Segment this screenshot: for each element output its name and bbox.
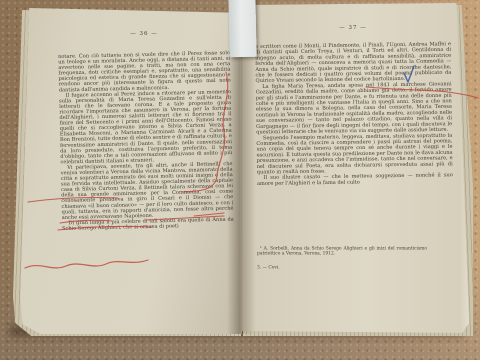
left-page: — 36 — notare. Con ciò tuttavia non si v… bbox=[18, 8, 242, 334]
paragraph: Vi partecipava, sovente, tra gli altri, … bbox=[61, 161, 234, 220]
printer-signature: 3. — Covi. bbox=[257, 265, 377, 275]
left-page-text: notare. Con ciò tuttavia non si vuole di… bbox=[58, 50, 235, 294]
paragraph: La figlia Maria Teresa, andata sposa nel… bbox=[256, 81, 453, 135]
right-page-number: — 37 — bbox=[255, 24, 451, 37]
bookmark-strip bbox=[228, 0, 256, 57]
paragraph: notare. Con ciò tuttavia non si vuole di… bbox=[58, 50, 231, 93]
footnote: ¹ A. Sorbelli, Anna da Schio Serego Alig… bbox=[257, 246, 427, 266]
paragraph: Seguendo l'esempio materno, leggeva, med… bbox=[256, 133, 453, 176]
paragraph: Il fugace accenno al Perez induce a rito… bbox=[59, 89, 233, 165]
right-page: — 37 — e scrittori come il Monti, il Pin… bbox=[241, 3, 469, 333]
photo-open-book: — 36 — notare. Con ciò tuttavia non si v… bbox=[0, 0, 480, 360]
left-page-number: — 36 — bbox=[58, 30, 230, 43]
paragraph: e scrittori come il Monti, il Pindemonte… bbox=[255, 41, 452, 84]
right-page-text: e scrittori come il Monti, il Pindemonte… bbox=[255, 41, 454, 254]
paragraph: Il suo illustre casato — che le metteva … bbox=[257, 172, 453, 186]
